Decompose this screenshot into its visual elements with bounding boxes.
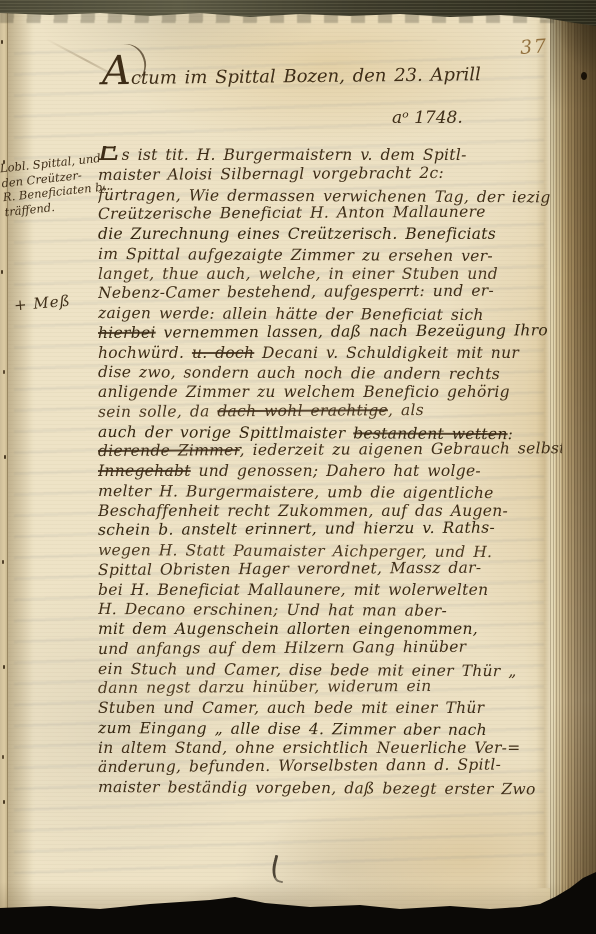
- body-line: maister beständig vorgeben, daß bezegt e…: [98, 778, 562, 800]
- body-line: sein solle, da dach wohl erachtige, als: [98, 400, 562, 423]
- struck-text: hierbei: [98, 323, 156, 341]
- body-line: Nebenz-Camer bestehend, aufgesperrt: und…: [98, 281, 562, 304]
- heading-line-1: Actum im Spittal Bozen, den 23. Aprill: [102, 64, 522, 89]
- body-line: bei H. Beneficiat Mallaunere, mit wolerw…: [98, 581, 562, 601]
- body-line: Stuben und Camer, auch bede mit einer Th…: [98, 699, 562, 719]
- body-line: hochwürd. u. doch Decani v. Schuldigkeit…: [98, 344, 562, 364]
- struck-text: u. doch: [192, 344, 254, 362]
- heading-line-2: aᵒ 1748.: [392, 108, 463, 128]
- body-line: Innegehabt und genossen; Dahero hat wolg…: [98, 462, 562, 482]
- folio-number: 37: [519, 35, 549, 59]
- adjacent-page-ink-marks: [1, 40, 3, 44]
- adjacent-page-edge: [0, 0, 8, 934]
- body-line: Spittal Obristen Hager verordnet, Massz …: [98, 558, 562, 581]
- body-text: Es ist tit. H. Burgermaistern v. dem Spi…: [98, 146, 562, 798]
- body-line: melter H. Burgermaistere, umb die aigent…: [98, 482, 562, 504]
- body-line: dann negst darzu hinüber, widerum ein: [98, 676, 562, 699]
- body-line: und anfangs auf dem Hilzern Gang hinüber: [98, 637, 562, 660]
- body-line: hierbei vernemmen lassen, daß nach Bezeü…: [98, 321, 562, 344]
- body-line: dise zwo, sondern auch noch die andern r…: [98, 363, 562, 385]
- gutter-shadow: [7, 0, 33, 934]
- struck-text: dierende Zimmer: [98, 441, 240, 460]
- body-line: Creützerische Beneficiat H. Anton Mallau…: [98, 202, 562, 225]
- manuscript-scan: 37 Actum im Spittal Bozen, den 23. April…: [0, 0, 596, 934]
- body-line: maister Aloisi Silbernagl vorgebracht 2c…: [98, 163, 562, 186]
- body-line: dierende Zimmer, iederzeit zu aigenen Ge…: [98, 439, 562, 462]
- bottom-edge-shadow: [0, 882, 596, 910]
- body-line: zum Eingang „ alle dise 4. Zimmer aber n…: [98, 719, 562, 741]
- body-line: H. Decano erschinen; Und hat man aber-: [98, 600, 562, 622]
- struck-text: Innegehabt: [98, 462, 191, 480]
- body-line: die Zurechnung eines Creützerisch. Benef…: [98, 225, 562, 245]
- body-line: im Spittal aufgezaigte Zimmer zu ersehen…: [98, 245, 562, 267]
- body-line: schein b. anstelt erinnert, und hierzu v…: [98, 518, 562, 541]
- margin-note: Lobl. Spittal, undden Creützer-R. Benefi…: [0, 151, 107, 219]
- body-line: änderung, befunden. Worselbsten dann d. …: [98, 755, 562, 778]
- struck-text: dach wohl erachtige: [217, 401, 388, 420]
- edge-dark-spot: [581, 72, 587, 80]
